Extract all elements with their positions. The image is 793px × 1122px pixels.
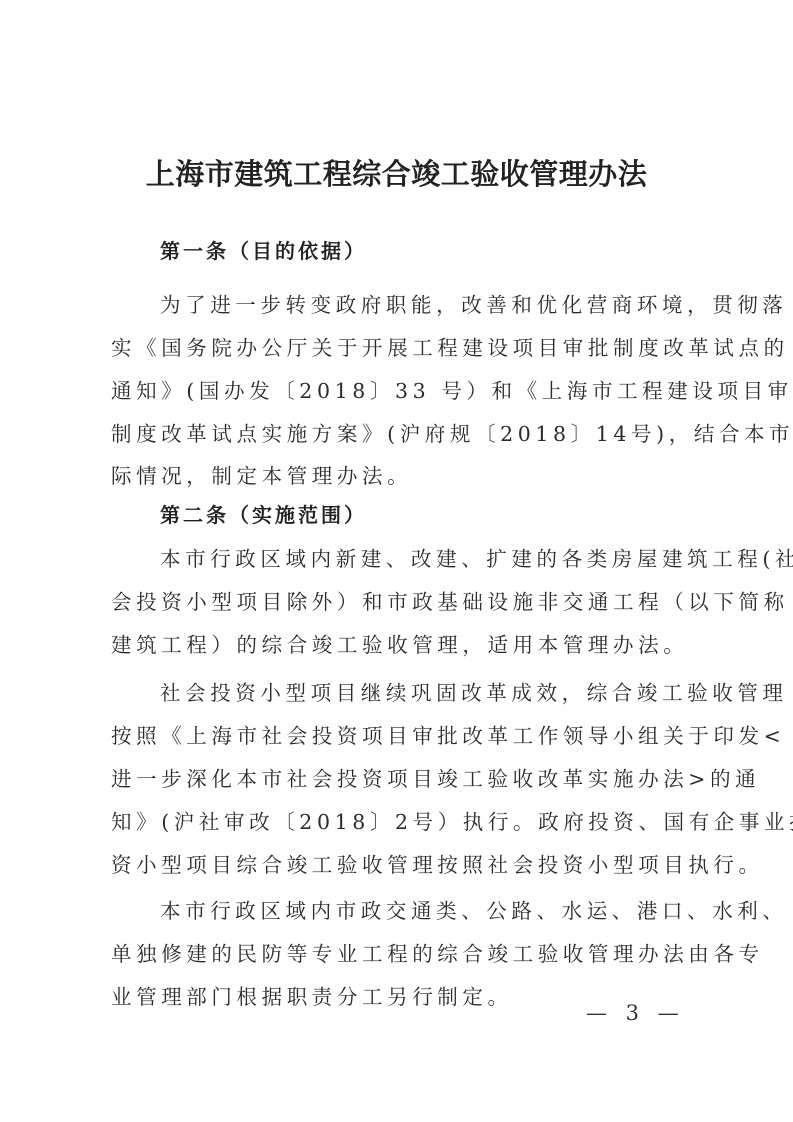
page-number: — 3 — [586,1001,685,1025]
article-2-line: 资小型项目综合竣工验收管理按照社会投资小型项目执行。 [111,848,691,878]
article-1-line: 通知》(国办发〔2018〕33 号）和《上海市工程建设项目审批 [111,374,691,404]
article-2-line: 按照《上海市社会投资项目审批改革工作领导小组关于印发< [111,719,691,749]
article-1-line: 为了进一步转变政府职能，改善和优化营商环境，贯彻落 [160,288,740,318]
article-2-line: 本市行政区域内新建、改建、扩建的各类房屋建筑工程(社 [160,542,740,572]
article-2-line: 进一步深化本市社会投资项目竣工验收改革实施办法>的通 [111,762,691,792]
document-title: 上海市建筑工程综合竣工验收管理办法 [0,152,793,193]
article-2-line: 知》(沪社审改〔2018〕2号）执行。政府投资、国有企事业投 [111,805,691,835]
article-2-line: 建筑工程）的综合竣工验收管理，适用本管理办法。 [111,628,691,658]
article-2-line: 社会投资小型项目继续巩固改革成效，综合竣工验收管理 [160,676,740,706]
article-1-heading: 第一条（目的依据） [160,235,740,264]
article-2-heading: 第二条（实施范围） [160,499,740,528]
article-2-line: 会投资小型项目除外）和市政基础设施非交通工程（以下简称 [111,585,691,615]
article-1-line: 际情况，制定本管理办法。 [111,459,691,489]
article-1-line: 制度改革试点实施方案》(沪府规〔2018〕14号)，结合本市实 [111,417,691,447]
article-1-line: 实《国务院办公厅关于开展工程建设项目审批制度改革试点的 [111,331,691,361]
article-2-line: 单独修建的民防等专业工程的综合竣工验收管理办法由各专 [111,937,691,967]
document-page: 上海市建筑工程综合竣工验收管理办法 第一条（目的依据） 为了进一步转变政府职能，… [0,0,793,1122]
article-2-line: 本市行政区域内市政交通类、公路、水运、港口、水利、 [160,894,740,924]
